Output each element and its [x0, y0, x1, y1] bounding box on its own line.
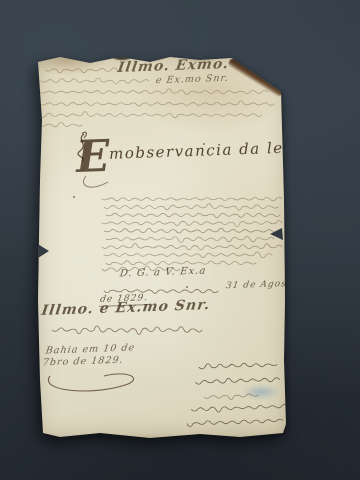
manuscript-photo: Illmo. Exmo. e Ex.mo Snr. Emobservancia …	[36, 54, 288, 438]
signature-lines	[24, 52, 289, 445]
photo-background: Illmo. Exmo. e Ex.mo Snr. Emobservancia …	[0, 0, 360, 480]
ink-speck	[203, 143, 205, 145]
signature-block	[24, 52, 289, 445]
ink-speck	[73, 196, 75, 198]
ink-speck	[186, 286, 188, 288]
paper-sheet: Illmo. Exmo. e Ex.mo Snr. Emobservancia …	[36, 54, 288, 438]
